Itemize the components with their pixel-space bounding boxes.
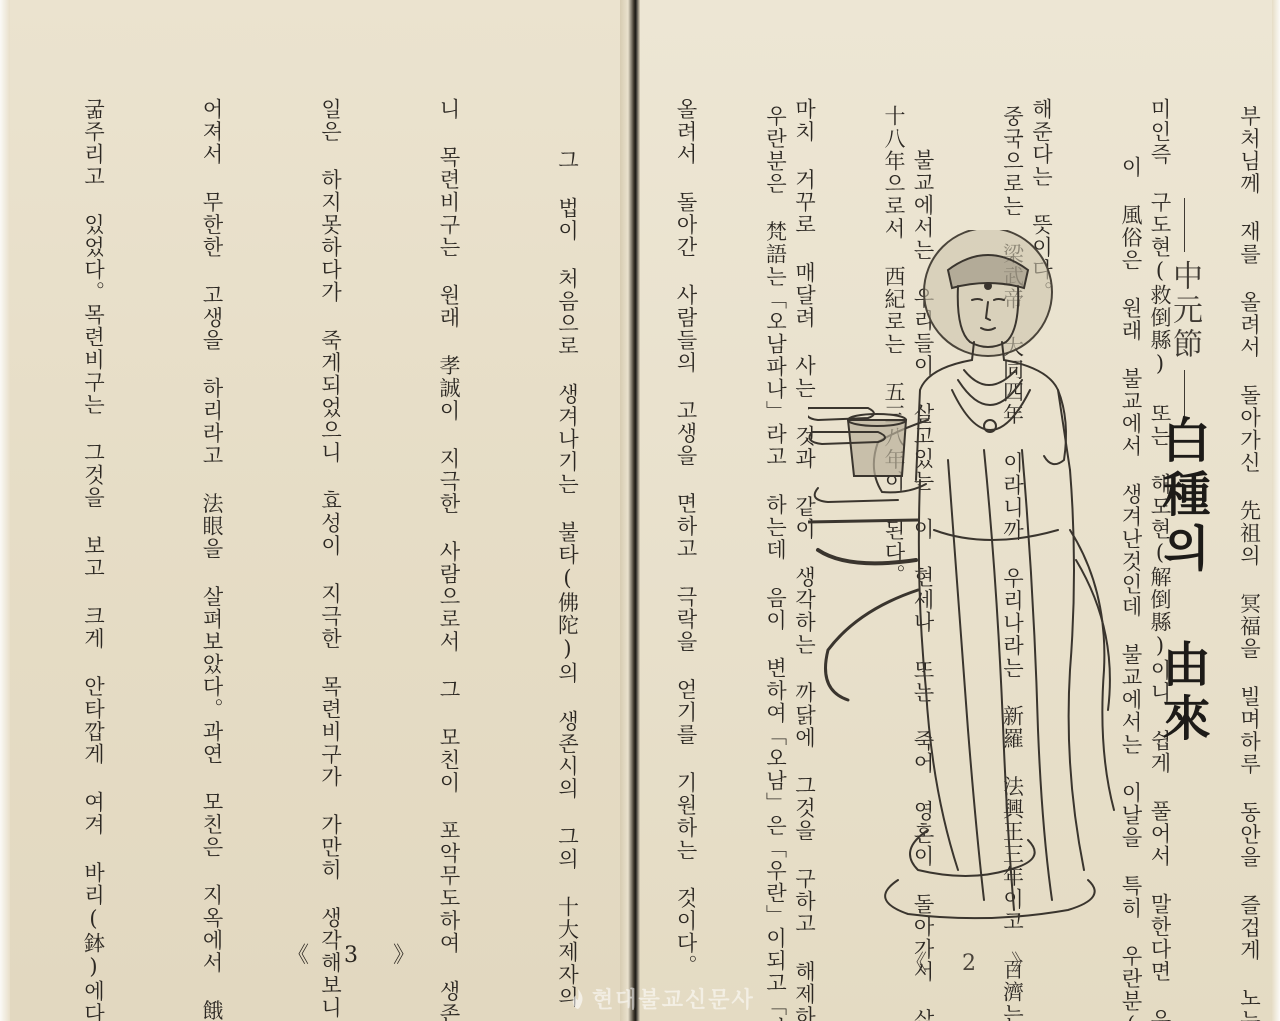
text-line: 부처님께 재를 올려서 돌아가신 先祖의 冥福을 빌며하루 동안을 즐겁게 노는…	[1229, 105, 1269, 945]
text-line: 일은 하지못하다가 죽게되었으니 효성이 지극한 목련비구가 가만히 생각해보니…	[310, 98, 350, 938]
decorative-rule	[1184, 198, 1185, 252]
text-line: 굶주리고 있었다。목련비구는 그것을 보고 크게 안타깝게 여겨 바리(鉢)에다…	[73, 98, 113, 938]
text-line: 니 목련비구는 원래 孝誠이 지극한 사람으로서 그 모친이 포악무도하여 생존…	[429, 98, 469, 938]
section-label-text: 中元節	[1162, 252, 1206, 370]
flame-logo-icon	[570, 988, 586, 1010]
text-line: 어져서 무한한 고생을 하리라고 法眼을 살펴보았다。과연 모친은 지옥에서 餓…	[192, 98, 232, 938]
watermark-text: 현대불교신문사	[592, 983, 755, 1014]
bodhisattva-illustration	[808, 230, 1128, 920]
text-line: 그 법이 처음으로 생겨나기는 불타(佛陀)의 생존시의 그의 十大제자의 한사…	[547, 98, 587, 938]
book-spread: 미인즉 구도현(救倒縣) 또는 해도현(解倒縣)이니 쉽게 풀어서 말한다면 우…	[0, 0, 1280, 1021]
right-page-number: 《 2 》	[905, 946, 1047, 977]
text-line: 우란분은 梵語는「오남파나」라고 하는데 음이 변하여「오남」은「우란」이되고「…	[755, 105, 795, 945]
section-label: 中元節	[1162, 198, 1206, 424]
publisher-watermark: 현대불교신문사	[570, 983, 755, 1014]
chapter-headline: 白種의 由來	[1148, 415, 1217, 747]
left-page-number: 《 3 》	[287, 938, 429, 969]
